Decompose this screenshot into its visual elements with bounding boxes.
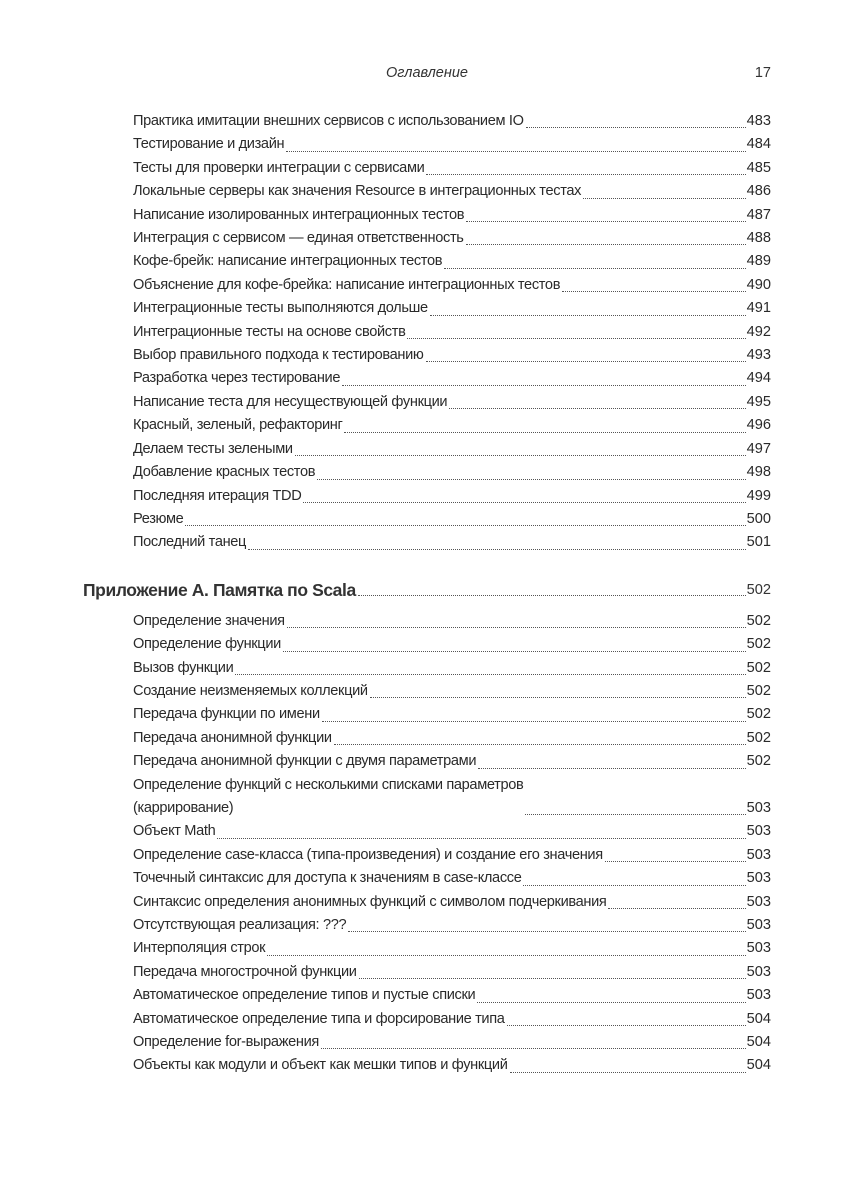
toc-entry[interactable]: Автоматическое определение типа и форсир… [133, 1008, 771, 1031]
toc-entry-title: Красный, зеленый, рефакторинг [133, 414, 342, 437]
dot-leader [525, 811, 745, 815]
dot-leader [507, 1022, 746, 1026]
toc-entry[interactable]: Отсутствующая реализация: ???503 [133, 914, 771, 937]
toc-entry-title: Тесты для проверки интеграции с сервисам… [133, 157, 424, 180]
toc-entry[interactable]: Написание теста для несуществующей функц… [133, 391, 771, 414]
toc-entry-title-line2: (каррирование) [133, 797, 523, 820]
toc-entry[interactable]: Объекты как модули и объект как мешки ти… [133, 1054, 771, 1077]
toc-entry-page: 493 [747, 344, 771, 367]
toc-entry-page: 483 [747, 110, 771, 133]
page-number: 17 [755, 62, 771, 84]
toc-entry-page: 503 [747, 820, 771, 843]
toc-entry[interactable]: Интеграция с сервисом — единая ответстве… [133, 227, 771, 250]
toc-entry-page: 485 [747, 157, 771, 180]
toc-entry-title: Передача многострочной функции [133, 961, 357, 984]
toc-entry-title: Автоматическое определение типов и пусты… [133, 984, 475, 1007]
toc-entry-page: 484 [747, 133, 771, 156]
toc-entry-page: 503 [747, 844, 771, 867]
toc-entry[interactable]: Передача функции по имени502 [133, 703, 771, 726]
dot-leader [283, 648, 746, 652]
toc-entry-title: Практика имитации внешних сервисов с исп… [133, 110, 524, 133]
toc-entry-title: Тестирование и дизайн [133, 133, 284, 156]
toc-entry[interactable]: Автоматическое определение типов и пусты… [133, 984, 771, 1007]
toc-entry-page: 494 [747, 367, 771, 390]
toc-entry-page: 502 [747, 703, 771, 726]
toc-entry[interactable]: Определение case-класса (типа-произведен… [133, 844, 771, 867]
toc-appendix-a-heading[interactable]: Приложение А. Памятка по Scala 502 [83, 578, 771, 602]
toc-entry-title: Написание изолированных интеграционных т… [133, 204, 464, 227]
toc-entry-page: 503 [747, 937, 771, 960]
dot-leader [321, 1045, 746, 1049]
dot-leader [426, 171, 745, 175]
toc-entry-page: 495 [747, 391, 771, 414]
toc-entry-page: 497 [747, 438, 771, 461]
toc-entry-title: Определение функции [133, 633, 281, 656]
toc-entry[interactable]: Кофе-брейк: написание интеграционных тес… [133, 250, 771, 273]
toc-entry-title: Определение функций с несколькими списка… [133, 774, 523, 821]
dot-leader [370, 694, 746, 698]
toc-section-testing: Практика имитации внешних сервисов с исп… [83, 110, 771, 555]
toc-entry-page: 504 [747, 1008, 771, 1031]
toc-entry-title: Вызов функции [133, 657, 233, 680]
toc-entry-title: Объяснение для кофе-брейка: написание ин… [133, 274, 560, 297]
dot-leader [344, 429, 745, 433]
toc-entry-page: 502 [747, 680, 771, 703]
toc-entry[interactable]: Определение функции502 [133, 633, 771, 656]
toc-entry-title: Кофе-брейк: написание интеграционных тес… [133, 250, 442, 273]
table-of-contents: Практика имитации внешних сервисов с исп… [83, 110, 771, 1078]
toc-entry-title: Синтаксис определения анонимных функций … [133, 891, 606, 914]
dot-leader [348, 928, 745, 932]
dot-leader [334, 741, 746, 745]
toc-entry[interactable]: Написание изолированных интеграционных т… [133, 204, 771, 227]
dot-leader [466, 218, 746, 222]
dot-leader [583, 195, 746, 199]
dot-leader [286, 148, 745, 152]
toc-entry[interactable]: Синтаксис определения анонимных функций … [133, 891, 771, 914]
toc-entry[interactable]: Тесты для проверки интеграции с сервисам… [133, 157, 771, 180]
toc-entry-page: 503 [747, 797, 771, 820]
toc-entry[interactable]: Красный, зеленый, рефакторинг496 [133, 414, 771, 437]
dot-leader [426, 358, 746, 362]
toc-entry-page: 502 [747, 750, 771, 773]
toc-entry-page: 504 [747, 1054, 771, 1077]
toc-entry-title: Интеграционные тесты выполняются дольше [133, 297, 428, 320]
dot-leader [342, 382, 746, 386]
toc-entry[interactable]: Делаем тесты зелеными497 [133, 438, 771, 461]
toc-entry-title: Приложение А. Памятка по Scala [83, 578, 356, 602]
toc-entry[interactable]: Создание неизменяемых коллекций502 [133, 680, 771, 703]
toc-entry[interactable]: Тестирование и дизайн484 [133, 133, 771, 156]
toc-entry-page: 490 [747, 274, 771, 297]
dot-leader [430, 312, 746, 316]
toc-entry[interactable]: Выбор правильного подхода к тестированию… [133, 344, 771, 367]
toc-entry-title: Делаем тесты зелеными [133, 438, 293, 461]
dot-leader [359, 975, 746, 979]
toc-entry-page: 489 [747, 250, 771, 273]
dot-leader [185, 522, 745, 526]
toc-entry[interactable]: Интеграционные тесты на основе свойств49… [133, 321, 771, 344]
dot-leader [477, 999, 745, 1003]
dot-leader [235, 671, 745, 675]
toc-entry-title: Интеграционные тесты на основе свойств [133, 321, 405, 344]
toc-entry[interactable]: Вызов функции502 [133, 657, 771, 680]
toc-entry[interactable]: Передача анонимной функции502 [133, 727, 771, 750]
toc-entry-page: 486 [747, 180, 771, 203]
toc-entry-page: 502 [747, 727, 771, 750]
toc-entry-title: Выбор правильного подхода к тестированию [133, 344, 424, 367]
toc-entry-page: 503 [747, 984, 771, 1007]
toc-entry[interactable]: Интерполяция строк503 [133, 937, 771, 960]
toc-entry-page: 488 [747, 227, 771, 250]
toc-entry-title: Добавление красных тестов [133, 461, 315, 484]
toc-entry-page: 502 [747, 633, 771, 656]
toc-entry-page: 496 [747, 414, 771, 437]
dot-leader [217, 835, 745, 839]
toc-entry[interactable]: Локальные серверы как значения Resource … [133, 180, 771, 203]
dot-leader [322, 718, 746, 722]
toc-section-appendix-a-continued: Объект Math503Определение case-класса (т… [83, 820, 771, 1077]
toc-entry-title: Последний танец [133, 531, 246, 554]
dot-leader [523, 882, 745, 886]
toc-entry-title: Автоматическое определение типа и форсир… [133, 1008, 505, 1031]
toc-entry-title: Разработка через тестирование [133, 367, 340, 390]
toc-entry-title: Последняя итерация TDD [133, 485, 301, 508]
dot-leader [407, 335, 745, 339]
toc-entry[interactable]: Объект Math503 [133, 820, 771, 843]
toc-entry-page: 499 [747, 485, 771, 508]
dot-leader [449, 405, 745, 409]
dot-leader [478, 765, 745, 769]
dot-leader [466, 241, 746, 245]
toc-entry-page: 502 [747, 578, 771, 602]
dot-leader [317, 476, 746, 480]
toc-entry-page: 502 [747, 657, 771, 680]
toc-entry[interactable]: Определение for-выражения504 [133, 1031, 771, 1054]
toc-entry-title: Объект Math [133, 820, 215, 843]
dot-leader [562, 288, 746, 292]
dot-leader [608, 905, 745, 909]
dot-leader [295, 452, 746, 456]
toc-entry-page: 502 [747, 610, 771, 633]
running-head: Оглавление 17 [83, 62, 771, 84]
toc-entry-page: 500 [747, 508, 771, 531]
dot-leader [303, 499, 745, 503]
toc-entry[interactable]: Передача анонимной функции с двумя парам… [133, 750, 771, 773]
toc-section-appendix-a: Определение значения502Определение функц… [83, 610, 771, 774]
toc-entry-title: Передача функции по имени [133, 703, 320, 726]
dot-leader [358, 592, 746, 596]
toc-entry-title: Определение значения [133, 610, 285, 633]
toc-entry[interactable]: Точечный синтаксис для доступа к значени… [133, 867, 771, 890]
toc-entry-title: Определение for-выражения [133, 1031, 319, 1054]
toc-entry[interactable]: Добавление красных тестов498 [133, 461, 771, 484]
dot-leader [526, 124, 746, 128]
toc-entry[interactable]: Резюме500 [133, 508, 771, 531]
toc-entry[interactable]: Определение функций с несколькими списка… [133, 774, 771, 821]
toc-entry-title: Определение case-класса (типа-произведен… [133, 844, 603, 867]
dot-leader [444, 265, 746, 269]
toc-entry-page: 503 [747, 867, 771, 890]
toc-entry-title-line1: Определение функций с несколькими списка… [133, 774, 523, 797]
toc-entry-title: Передача анонимной функции [133, 727, 332, 750]
dot-leader [267, 952, 745, 956]
toc-entry-page: 498 [747, 461, 771, 484]
toc-entry[interactable]: Практика имитации внешних сервисов с исп… [133, 110, 771, 133]
toc-entry[interactable]: Определение значения502 [133, 610, 771, 633]
toc-entry-title: Написание теста для несуществующей функц… [133, 391, 447, 414]
toc-entry-title: Резюме [133, 508, 183, 531]
toc-entry[interactable]: Передача многострочной функции503 [133, 961, 771, 984]
toc-entry-title: Создание неизменяемых коллекций [133, 680, 368, 703]
toc-entry-page: 504 [747, 1031, 771, 1054]
toc-entry[interactable]: Последний танец501 [133, 531, 771, 554]
dot-leader [287, 624, 746, 628]
toc-entry[interactable]: Разработка через тестирование494 [133, 367, 771, 390]
dot-leader [510, 1069, 746, 1073]
toc-entry-page: 487 [747, 204, 771, 227]
dot-leader [248, 546, 746, 550]
toc-entry-title: Отсутствующая реализация: ??? [133, 914, 346, 937]
toc-entry-title: Точечный синтаксис для доступа к значени… [133, 867, 521, 890]
toc-entry-title: Интеграция с сервисом — единая ответстве… [133, 227, 464, 250]
toc-entry[interactable]: Последняя итерация TDD499 [133, 485, 771, 508]
toc-entry-title: Локальные серверы как значения Resource … [133, 180, 581, 203]
toc-entry-page: 503 [747, 891, 771, 914]
toc-entry-page: 503 [747, 961, 771, 984]
toc-entry-title: Интерполяция строк [133, 937, 265, 960]
running-title: Оглавление [83, 62, 771, 84]
toc-entry-page: 492 [747, 321, 771, 344]
toc-entry[interactable]: Объяснение для кофе-брейка: написание ин… [133, 274, 771, 297]
dot-leader [605, 858, 746, 862]
toc-entry-page: 503 [747, 914, 771, 937]
toc-entry-page: 501 [747, 531, 771, 554]
toc-entry-title: Передача анонимной функции с двумя парам… [133, 750, 476, 773]
toc-entry-page: 491 [747, 297, 771, 320]
toc-entry-title: Объекты как модули и объект как мешки ти… [133, 1054, 508, 1077]
toc-entry[interactable]: Интеграционные тесты выполняются дольше4… [133, 297, 771, 320]
